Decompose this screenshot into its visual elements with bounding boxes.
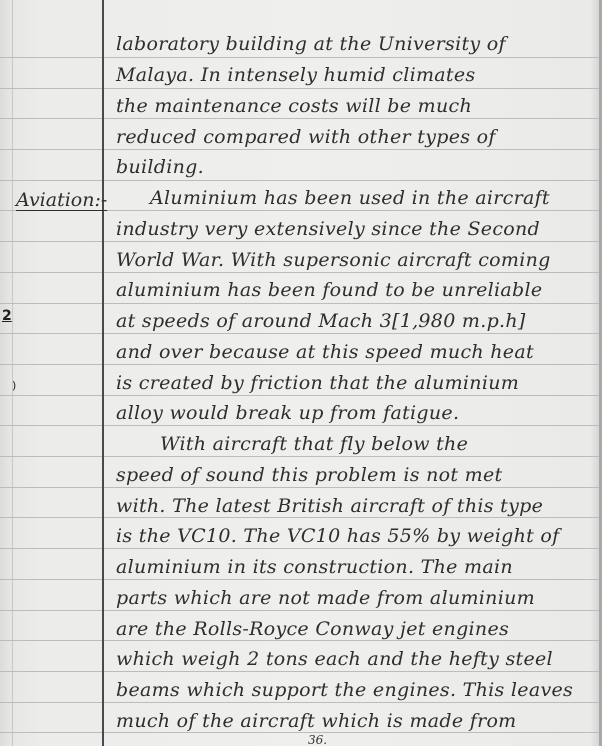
ruled-line (0, 395, 602, 396)
text-line: which weigh 2 tons each and the hefty st… (116, 647, 594, 671)
text-line: the maintenance costs will be much (116, 94, 594, 118)
notebook-page: Aviation:- 2 ) laboratory building at th… (0, 0, 602, 746)
ruled-line (0, 57, 602, 58)
text-line: beams which support the engines. This le… (116, 678, 594, 702)
text-line: reduced compared with other types of (116, 125, 594, 149)
ruled-line (0, 180, 602, 181)
text-line: building. (116, 155, 594, 179)
ruled-line (0, 272, 602, 273)
ruled-line (0, 333, 602, 334)
ruled-line (0, 548, 602, 549)
margin-paren-mark: ) (12, 378, 16, 394)
text-line: speed of sound this problem is not met (116, 463, 594, 487)
ruled-line (0, 456, 602, 457)
ruled-line (0, 149, 602, 150)
text-line: is the VC10. The VC10 has 55% by weight … (116, 524, 594, 548)
ruled-line (0, 671, 602, 672)
text-line: at speeds of around Mach 3[1,980 m.p.h] (116, 309, 594, 333)
text-line: with. The latest British aircraft of thi… (116, 494, 594, 518)
margin-number-mark: 2 (2, 308, 12, 324)
ruled-line (0, 579, 602, 580)
text-line: laboratory building at the University of (116, 32, 594, 56)
text-line: parts which are not made from aluminium (116, 586, 594, 610)
text-line: and over because at this speed much heat (116, 340, 594, 364)
ruled-line (0, 487, 602, 488)
page-number: 36. (308, 733, 327, 746)
page-edge-line (12, 0, 13, 746)
ruled-line (0, 88, 602, 89)
text-line: is created by friction that the aluminiu… (116, 371, 594, 395)
text-line: aluminium in its construction. The main (116, 555, 594, 579)
ruled-line (0, 425, 602, 426)
ruled-line (0, 702, 602, 703)
text-line: industry very extensively since the Seco… (116, 217, 594, 241)
text-line: aluminium has been found to be unreliabl… (116, 278, 594, 302)
text-line: Malaya. In intensely humid climates (116, 63, 594, 87)
ruled-line (0, 118, 602, 119)
text-line: World War. With supersonic aircraft comi… (116, 248, 594, 272)
ruled-line (0, 241, 602, 242)
text-line: are the Rolls-Royce Conway jet engines (116, 617, 594, 641)
margin-line (102, 0, 104, 746)
ruled-line (0, 610, 602, 611)
text-line: much of the aircraft which is made from (116, 709, 594, 733)
ruled-line (0, 364, 602, 365)
text-line: Aluminium has been used in the aircraft (150, 186, 594, 210)
section-heading-aviation: Aviation:- (16, 188, 107, 212)
text-line: alloy would break up from fatigue. (116, 401, 594, 425)
ruled-line (0, 303, 602, 304)
text-line: With aircraft that fly below the (160, 432, 594, 456)
